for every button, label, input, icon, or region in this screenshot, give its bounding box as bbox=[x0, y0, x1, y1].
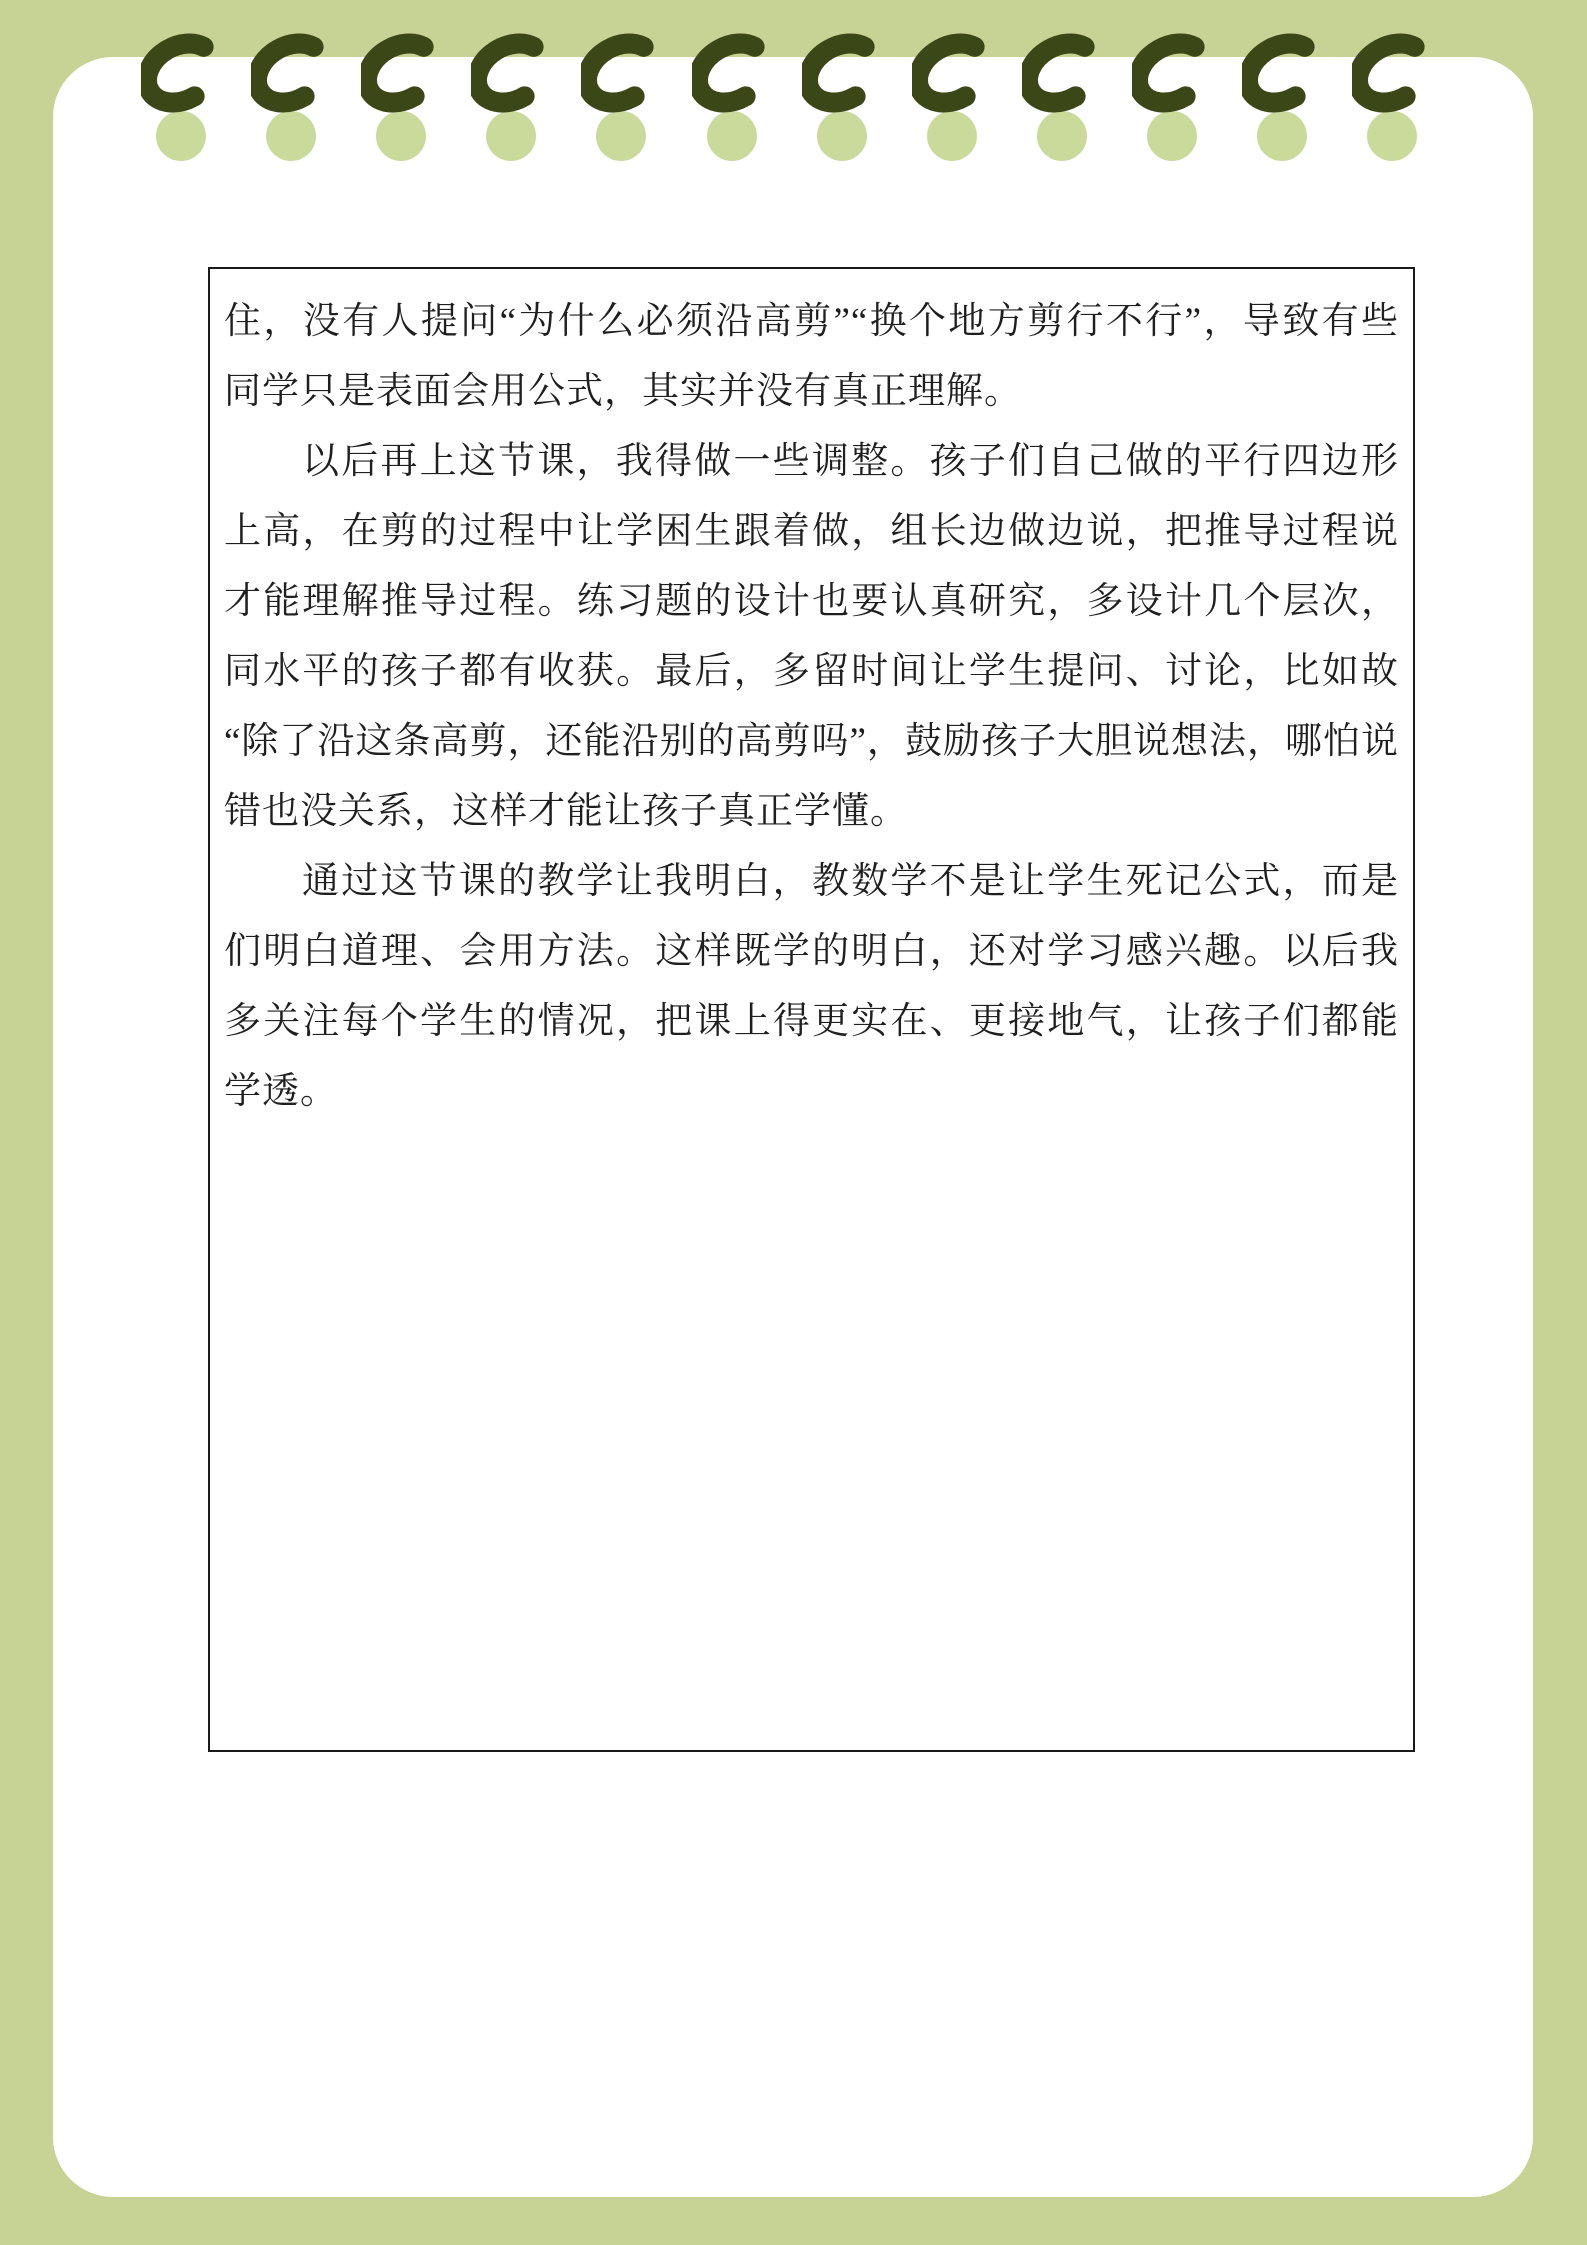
text-line: 通过这节课的教学让我明白，教数学不是让学生死记公式，而是让他 bbox=[224, 847, 1399, 917]
text-line: 们明白道理、会用方法。这样既学的明白，还对学习感兴趣。以后我还要 bbox=[224, 917, 1399, 987]
text-line: 上高，在剪的过程中让学困生跟着做，组长边做边说，把推导过程说明白， bbox=[224, 497, 1399, 567]
text-line: 错也没关系，这样才能让孩子真正学懂。 bbox=[224, 777, 1399, 847]
binder-ring-icon bbox=[581, 26, 661, 126]
binder-ring-icon bbox=[141, 26, 221, 126]
binder-ring-icon bbox=[1022, 26, 1102, 126]
text-line: 以后再上这节课，我得做一些调整。孩子们自己做的平行四边形要画 bbox=[224, 427, 1399, 497]
binder-ring-icon bbox=[1132, 26, 1212, 126]
notebook-background: 住，没有人提问“为什么必须沿高剪”“换个地方剪行不行”，导致有些同学只是表面会用… bbox=[0, 0, 1587, 2245]
reflection-text-box: 住，没有人提问“为什么必须沿高剪”“换个地方剪行不行”，导致有些同学只是表面会用… bbox=[208, 267, 1415, 1752]
text-line: 才能理解推导过程。练习题的设计也要认真研究，多设计几个层次，让不 bbox=[224, 567, 1399, 637]
binder-ring-icon bbox=[912, 26, 992, 126]
binder-ring-icon bbox=[692, 26, 772, 126]
binder-ring-icon bbox=[1242, 26, 1322, 126]
text-line: “除了沿这条高剪，还能沿别的高剪吗”，鼓励孩子大胆说想法，哪怕说 bbox=[224, 707, 1399, 777]
text-line: 多关注每个学生的情况，把课上得更实在、更接地气，让孩子们都能学会、 bbox=[224, 987, 1399, 1057]
text-line: 学透。 bbox=[224, 1057, 1399, 1127]
text-line: 同水平的孩子都有收获。最后，多留时间让学生提问、讨论，比如故意问 bbox=[224, 637, 1399, 707]
text-line: 同学只是表面会用公式，其实并没有真正理解。 bbox=[224, 357, 1399, 427]
binder-ring-icon bbox=[802, 26, 882, 126]
binder-ring-icon bbox=[361, 26, 441, 126]
text-line: 住，没有人提问“为什么必须沿高剪”“换个地方剪行不行”，导致有些 bbox=[224, 287, 1399, 357]
binder-ring-icon bbox=[1352, 26, 1432, 126]
binder-ring-icon bbox=[251, 26, 331, 126]
binder-ring-icon bbox=[471, 26, 551, 126]
